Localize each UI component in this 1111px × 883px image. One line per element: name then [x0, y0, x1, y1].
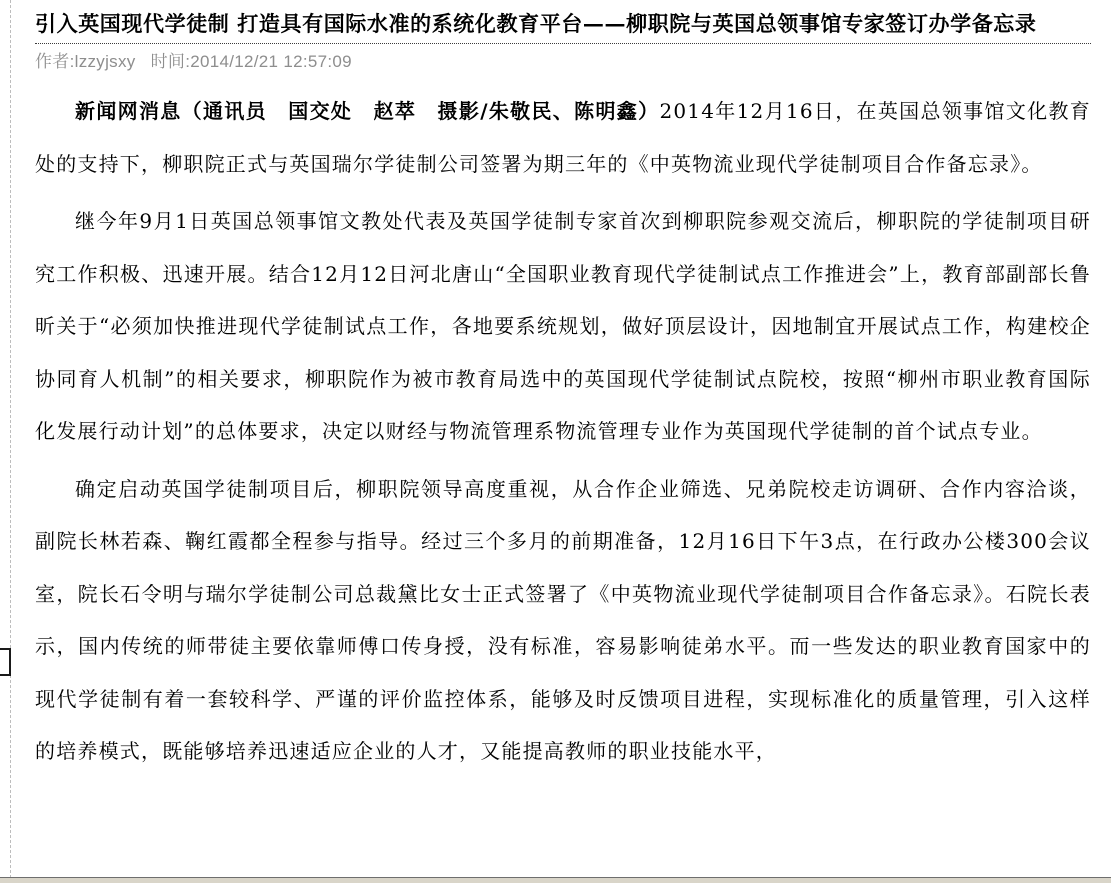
paragraph: 继今年9月1日英国总领事馆文教处代表及英国学徒制专家首次到柳职院参观交流后，柳职…	[35, 195, 1091, 458]
paragraph: 新闻网消息（通讯员 国交处 赵萃 摄影/朱敬民、陈明鑫）2014年12月16日，…	[35, 85, 1091, 190]
paragraph-text: 继今年9月1日英国总领事馆文教处代表及英国学徒制专家首次到柳职院参观交流后，柳职…	[35, 209, 1091, 443]
left-edge-widget-handle[interactable]	[0, 648, 11, 676]
publish-time-label: 时间:2014/12/21 12:57:09	[151, 52, 352, 71]
article-content: 引入英国现代学徒制 打造具有国际水准的系统化教育平台——柳职院与英国总领事馆专家…	[35, 10, 1091, 783]
left-dashed-divider	[10, 0, 11, 883]
horizontal-scrollbar[interactable]	[0, 877, 1111, 883]
page-title: 引入英国现代学徒制 打造具有国际水准的系统化教育平台——柳职院与英国总领事馆专家…	[35, 10, 1091, 37]
article-page: { "header": { "title": "引入英国现代学徒制 打造具有国际…	[0, 0, 1111, 883]
paragraph-text: 确定启动英国学徒制项目后，柳职院领导高度重视，从合作企业筛选、兄弟院校走访调研、…	[35, 477, 1091, 764]
paragraph-lead: 新闻网消息（通讯员 国交处 赵萃 摄影/朱敬民、陈明鑫）	[75, 99, 659, 123]
dotted-divider	[35, 43, 1091, 44]
article-meta: 作者:lzzyjsxy 时间:2014/12/21 12:57:09	[35, 51, 1091, 73]
author-label: 作者:lzzyjsxy	[35, 52, 136, 71]
paragraph: 确定启动英国学徒制项目后，柳职院领导高度重视，从合作企业筛选、兄弟院校走访调研、…	[35, 463, 1091, 778]
article-body: 新闻网消息（通讯员 国交处 赵萃 摄影/朱敬民、陈明鑫）2014年12月16日，…	[35, 85, 1091, 778]
